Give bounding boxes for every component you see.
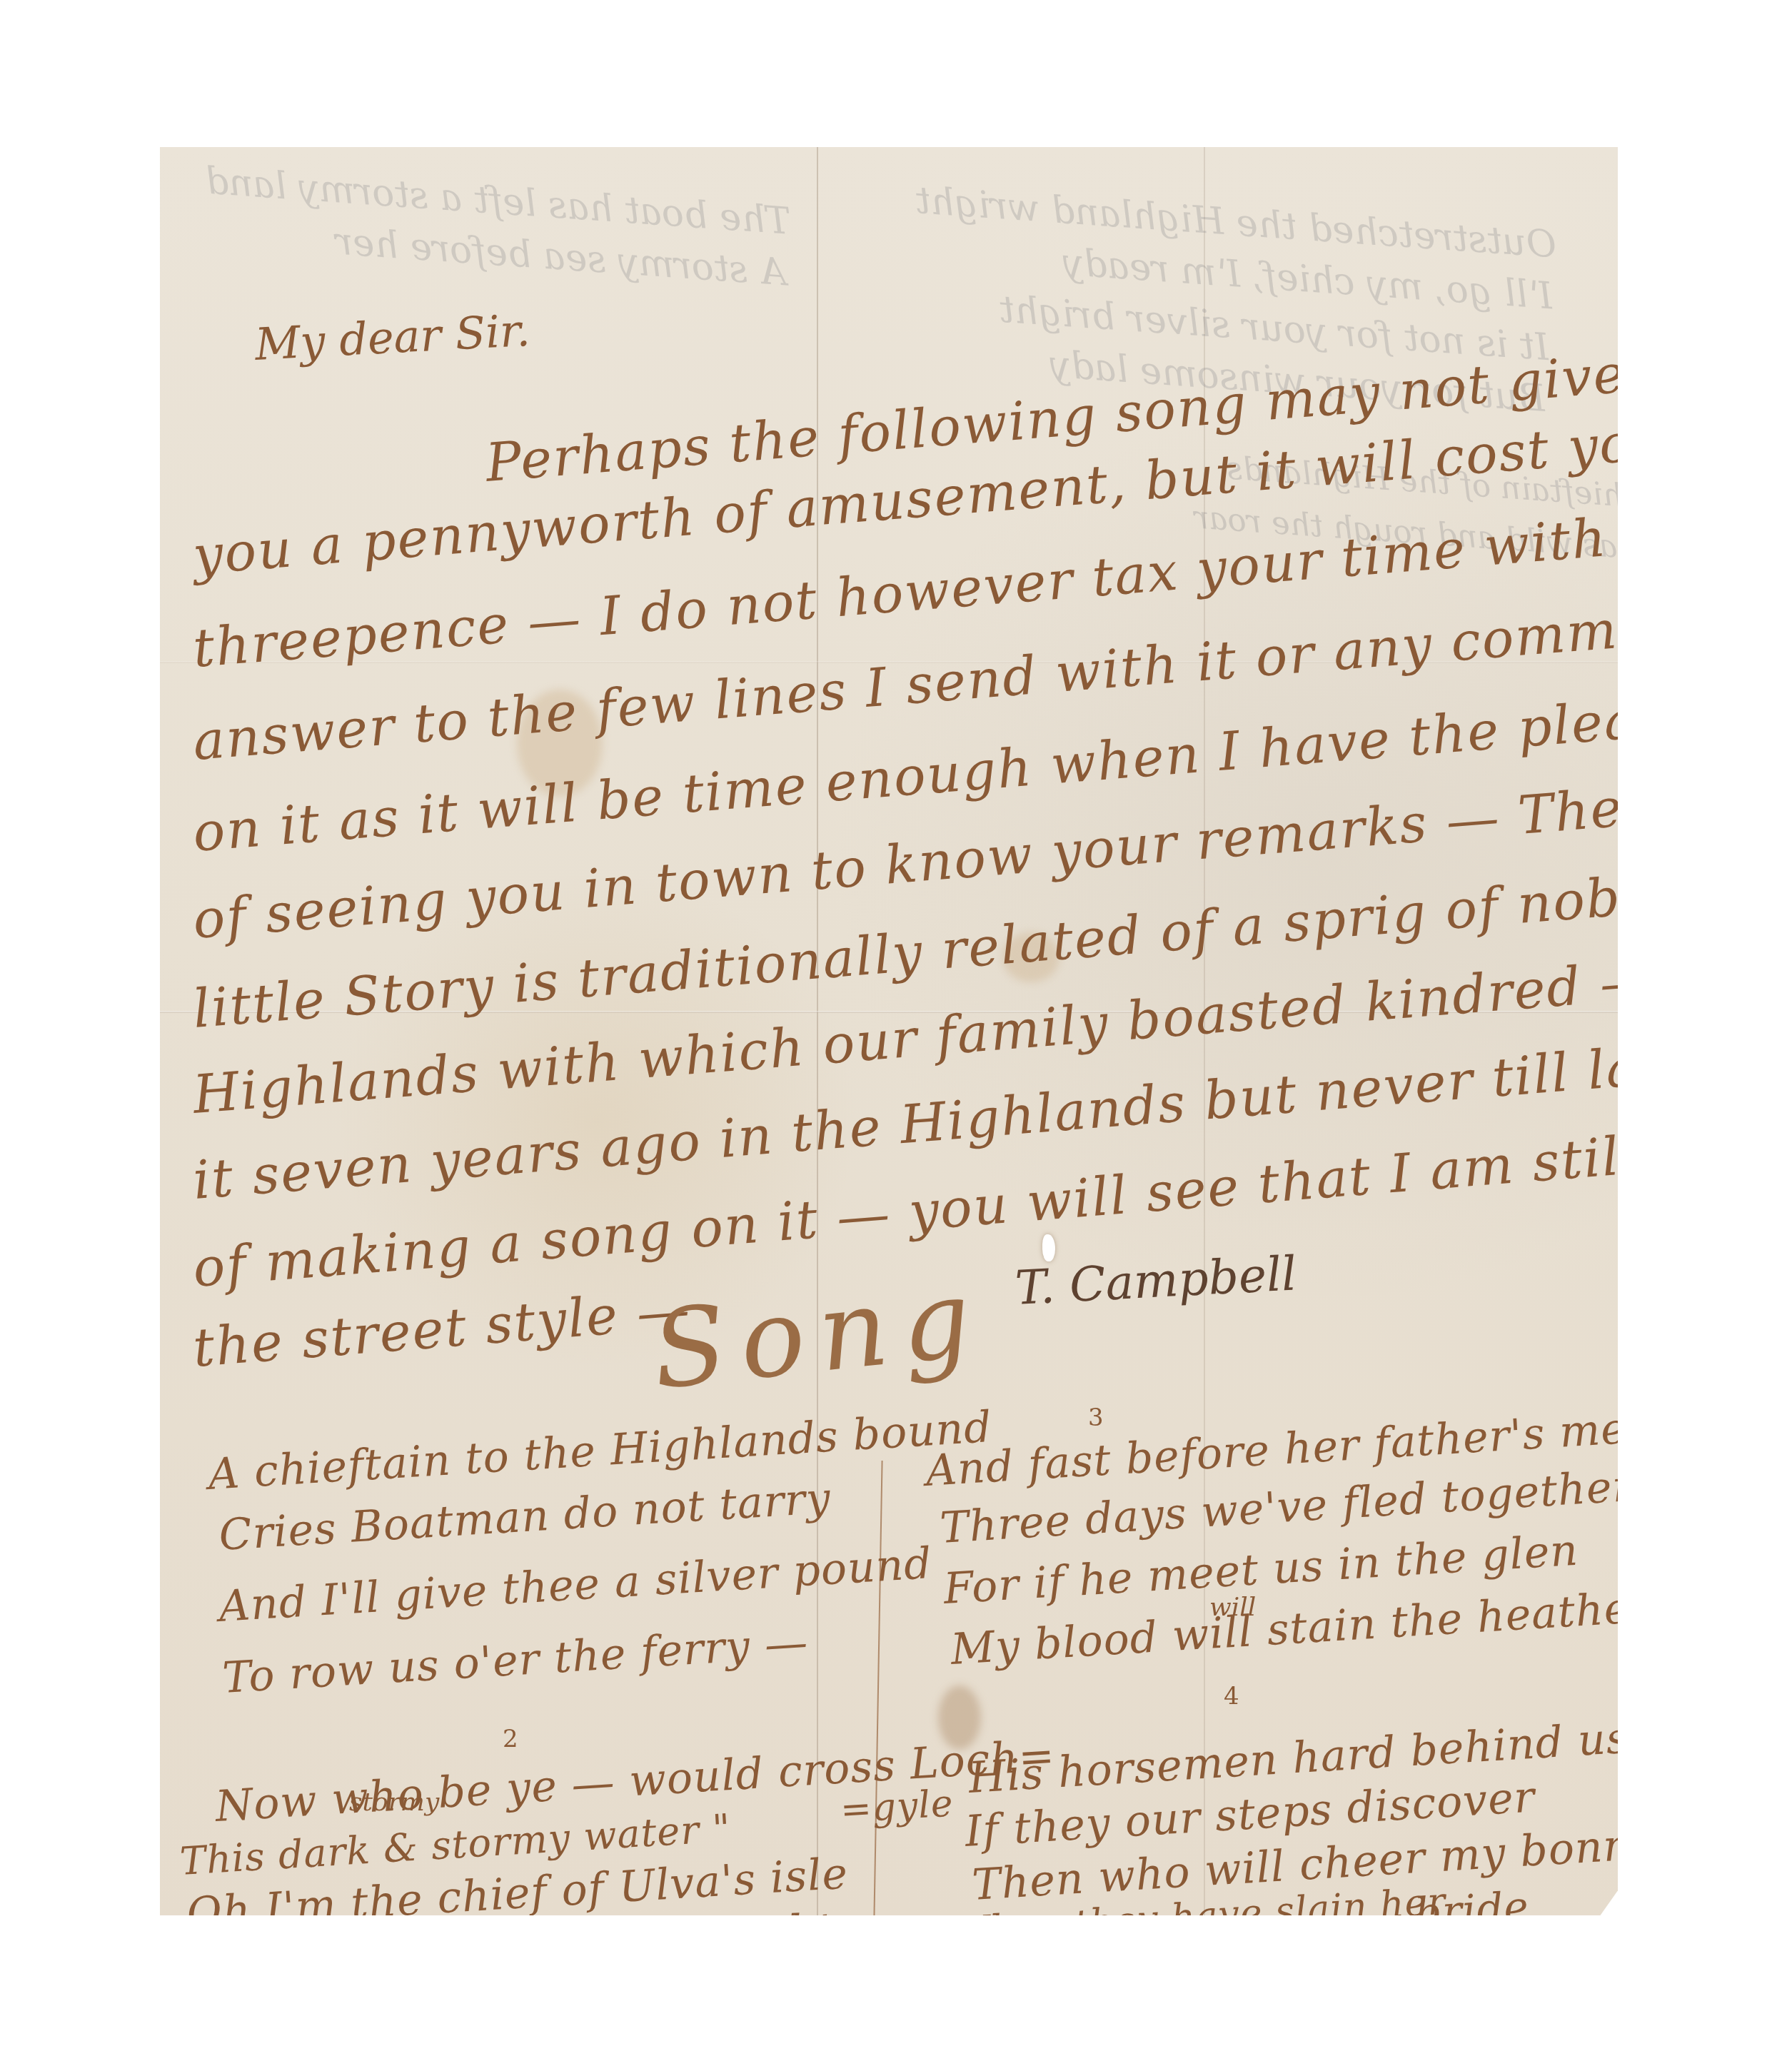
bleed-through-text: The boat has left a stormy land A stormy… xyxy=(200,156,792,299)
verse-line: A chieftain to the Highlands bound xyxy=(207,1402,994,1500)
paper-hole xyxy=(1042,1234,1055,1261)
stanza-number: 4 xyxy=(1224,1682,1239,1710)
verse-line: To row us o'er the ferry — xyxy=(221,1618,810,1703)
verse-word-bride: bride xyxy=(1414,1882,1531,1937)
verse-continuation: =gyle xyxy=(839,1782,955,1832)
verse-word-lover: lover — xyxy=(1278,1933,1435,1987)
letter-line: the street style — xyxy=(191,1279,693,1379)
stanza-number: 3 xyxy=(1088,1404,1104,1432)
column-divider xyxy=(873,1461,882,1918)
song-title: Song xyxy=(647,1255,990,1413)
letter-paper: Outstretched the Highland wright I'll go… xyxy=(160,147,1618,1915)
signature: T. Campbell xyxy=(1014,1246,1298,1316)
inserted-word: stormy xyxy=(349,1788,439,1817)
stanza-number: 2 xyxy=(503,1725,518,1753)
salutation: My dear Sir. xyxy=(253,304,531,371)
pencil-annotation: £5 xyxy=(788,1975,839,2021)
